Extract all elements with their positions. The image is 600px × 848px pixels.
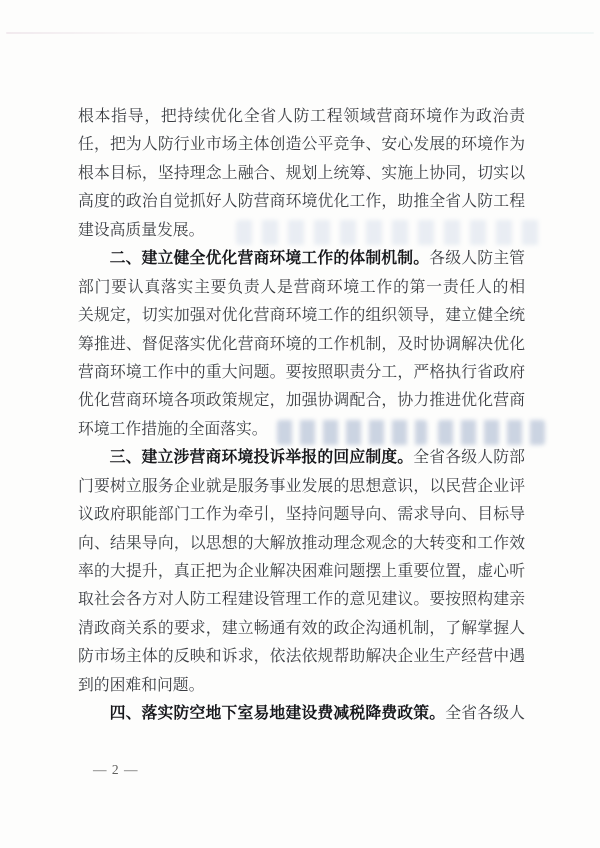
section-heading: 三、建立涉营商环境投诉举报的回应制度。 [110,449,414,466]
body-text: 根本指导，把持续优化全省人防工程领域营商环境作为政治责 [78,108,525,125]
body-text: 率的大提升，真正把为企业解决困难问题摆上重要位置，虚心听 [78,563,525,580]
document-line: 根本目标，坚持理念上融合、规划上统筹、实施上协同，切实以 [78,160,525,188]
document-line: 任，把为人防行业市场主体创造公平竞争、安心发展的环境作为 [78,131,525,159]
body-text: 高度的政治自觉抓好人防营商环境优化工作，助推全省人防工程 [78,193,525,210]
body-text: 向、结果导向，以思想的大解放推动理念观念的大转变和工作效 [78,535,525,552]
body-text: 到的困难和问题。 [78,677,204,694]
body-text: 防市场主体的反映和诉求，依法依规帮助解决企业生产经营中遇 [78,648,525,665]
document-line: 根本指导，把持续优化全省人防工程领域营商环境作为政治责 [78,103,525,131]
section-heading: 四、落实防空地下室易地建设费减税降费政策。 [110,705,446,722]
document-line: 营商环境工作中的重大问题。要按照职责分工，严格执行省政府 [78,359,525,387]
document-line: 部门要认真落实主要负责人是营商环境工作的第一责任人的相 [78,274,525,302]
body-text: 取社会各方对人防工程建设管理工作的意见建议。要按照构建亲 [78,591,525,608]
document-line: 清政商关系的要求，建立畅通有效的政企沟通机制，了解掌握人 [78,615,525,643]
document-line: 三、建立涉营商环境投诉举报的回应制度。全省各级人防部 [78,444,525,472]
body-text: 任，把为人防行业市场主体创造公平竞争、安心发展的环境作为 [78,136,525,153]
document-line: 筹推进、督促落实优化营商环境的工作机制，及时协调解决优化 [78,331,525,359]
body-text: 门要树立服务企业就是服务事业发展的思想意识，以民营企业评 [78,478,525,495]
body-text: 部门要认真落实主要负责人是营商环境工作的第一责任人的相 [78,279,525,296]
body-text: 全省各级人 [445,705,525,722]
section-heading: 二、建立健全优化营商环境工作的体制机制。 [110,250,430,267]
document-line: 门要树立服务企业就是服务事业发展的思想意识，以民营企业评 [78,473,525,501]
body-text: 优化营商环境各项政策规定，加强协调配合，协力推进优化营商 [78,392,525,409]
body-text: 议政府职能部门工作为牵引，坚持问题导向、需求导向、目标导 [78,506,525,523]
body-text: 环境工作措施的全面落实。 [78,421,268,438]
body-text: 建设高质量发展。 [78,222,204,239]
document-line: 关规定，切实加强对优化营商环境工作的组织领导，建立健全统 [78,302,525,330]
document-line: 环境工作措施的全面落实。 [78,416,525,444]
page-number: — 2 — [93,762,139,778]
body-text: 全省各级人防部 [413,449,525,466]
scan-streak-artifact [6,32,594,34]
document-line: 二、建立健全优化营商环境工作的体制机制。各级人防主管 [78,245,525,273]
document-line: 取社会各方对人防工程建设管理工作的意见建议。要按照构建亲 [78,586,525,614]
document-line: 防市场主体的反映和诉求，依法依规帮助解决企业生产经营中遇 [78,643,525,671]
document-line: 率的大提升，真正把为企业解决困难问题摆上重要位置，虚心听 [78,558,525,586]
body-text: 根本目标，坚持理念上融合、规划上统筹、实施上协同，切实以 [78,165,525,182]
document-line: 到的困难和问题。 [78,672,525,700]
document-line: 四、落实防空地下室易地建设费减税降费政策。全省各级人 [78,700,525,728]
body-text: 各级人防主管 [429,250,525,267]
document-line: 建设高质量发展。 [78,217,525,245]
document-line: 高度的政治自觉抓好人防营商环境优化工作，助推全省人防工程 [78,188,525,216]
body-text: 筹推进、督促落实优化营商环境的工作机制，及时协调解决优化 [78,336,525,353]
document-body: 根本指导，把持续优化全省人防工程领域营商环境作为政治责任，把为人防行业市场主体创… [78,103,525,729]
body-text: 关规定，切实加强对优化营商环境工作的组织领导，建立健全统 [78,307,525,324]
scanned-document-page: 根本指导，把持续优化全省人防工程领域营商环境作为政治责任，把为人防行业市场主体创… [0,0,600,848]
document-line: 向、结果导向，以思想的大解放推动理念观念的大转变和工作效 [78,530,525,558]
body-text: 营商环境工作中的重大问题。要按照职责分工，严格执行省政府 [78,364,525,381]
body-text: 清政商关系的要求，建立畅通有效的政企沟通机制，了解掌握人 [78,620,525,637]
document-line: 议政府职能部门工作为牵引，坚持问题导向、需求导向、目标导 [78,501,525,529]
document-line: 优化营商环境各项政策规定，加强协调配合，协力推进优化营商 [78,387,525,415]
